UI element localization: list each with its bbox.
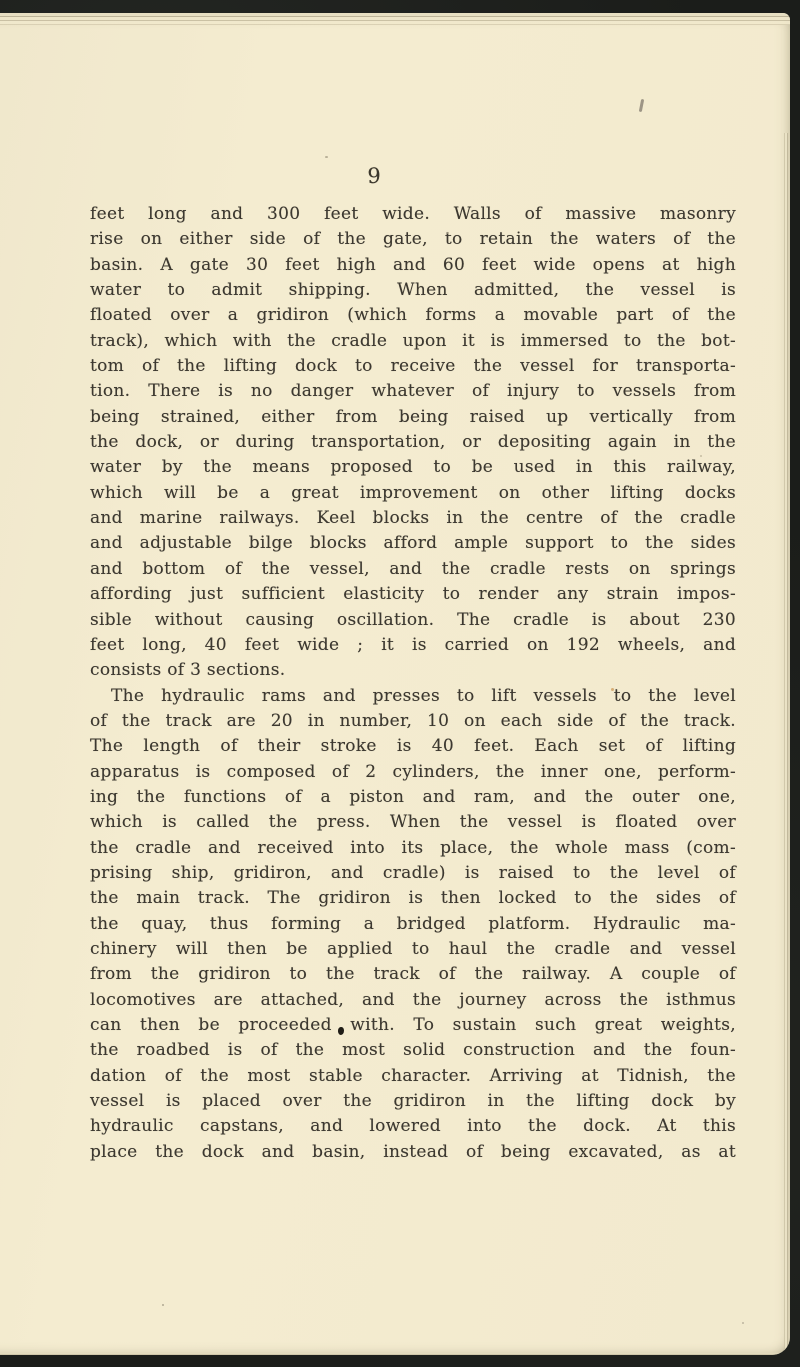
text-line: from the gridiron to the track of the ra… <box>90 962 736 987</box>
paragraph: feet long and 300 feet wide. Walls of ma… <box>90 202 736 684</box>
text-line: feet long and 300 feet wide. Walls of ma… <box>90 202 736 227</box>
text-line: water by the means proposed to be used i… <box>90 455 736 480</box>
paper-speck <box>447 232 449 234</box>
text-line: the cradle and received into its place, … <box>90 836 736 861</box>
paper-speck <box>611 688 614 691</box>
text-line: hydraulic capstans, and lowered into the… <box>90 1114 736 1139</box>
text-line: and adjustable bilge blocks afford ample… <box>90 531 736 556</box>
paper-speck <box>742 1322 744 1324</box>
text-line: the quay, thus forming a bridged platfor… <box>90 912 736 937</box>
paragraph: The hydraulic rams and presses to lift v… <box>90 684 736 1166</box>
text-line: and bottom of the vessel, and the cradle… <box>90 557 736 582</box>
text-line: The hydraulic rams and presses to lift v… <box>90 684 736 709</box>
page-stack-edge-right <box>779 133 790 1355</box>
paper-speck <box>162 1304 164 1306</box>
text-line: the main track. The gridiron is then loc… <box>90 886 736 911</box>
text-line: which is called the press. When the vess… <box>90 810 736 835</box>
text-line: locomotives are attached, and the journe… <box>90 988 736 1013</box>
body-text: feet long and 300 feet wide. Walls of ma… <box>90 202 736 1165</box>
page-number: 9 <box>51 163 697 190</box>
text-line: ing the functions of a piston and ram, a… <box>90 785 736 810</box>
text-line: place the dock and basin, instead of bei… <box>90 1140 736 1165</box>
text-line: water to admit shipping. When admitted, … <box>90 278 736 303</box>
text-line: consists of 3 sections. <box>90 658 736 683</box>
text-line: tion. There is no danger whatever of inj… <box>90 379 736 404</box>
page-stack-edge-bottom <box>0 1352 790 1355</box>
text-line: affording just sufficient elasticity to … <box>90 582 736 607</box>
text-line: the roadbed is of the most solid constru… <box>90 1038 736 1063</box>
text-line: which will be a great improvement on oth… <box>90 481 736 506</box>
text-line: track), which with the cradle upon it is… <box>90 329 736 354</box>
text-line: being strained, either from being raised… <box>90 405 736 430</box>
paper-speck <box>325 156 328 158</box>
text-line: sible without causing oscillation. The c… <box>90 608 736 633</box>
text-line: can then be proceeded with. To sustain s… <box>90 1013 736 1038</box>
page-stack-edge-top <box>0 13 790 25</box>
text-line: tom of the lifting dock to receive the v… <box>90 354 736 379</box>
text-line: dation of the most stable character. Arr… <box>90 1064 736 1089</box>
text-line: rise on either side of the gate, to reta… <box>90 227 736 252</box>
text-line: The length of their stroke is 40 feet. E… <box>90 734 736 759</box>
text-line: vessel is placed over the gridiron in th… <box>90 1089 736 1114</box>
text-line: basin. A gate 30 feet high and 60 feet w… <box>90 253 736 278</box>
text-line: prising ship, gridiron, and cradle) is r… <box>90 861 736 886</box>
text-line: apparatus is composed of 2 cylinders, th… <box>90 760 736 785</box>
text-line: and marine railways. Keel blocks in the … <box>90 506 736 531</box>
text-line: the dock, or during transportation, or d… <box>90 430 736 455</box>
text-line: floated over a gridiron (which forms a m… <box>90 303 736 328</box>
text-line: of the track are 20 in number, 10 on eac… <box>90 709 736 734</box>
text-line: chinery will then be applied to haul the… <box>90 937 736 962</box>
text-line: feet long, 40 feet wide ; it is carried … <box>90 633 736 658</box>
paper-speck <box>700 455 702 457</box>
